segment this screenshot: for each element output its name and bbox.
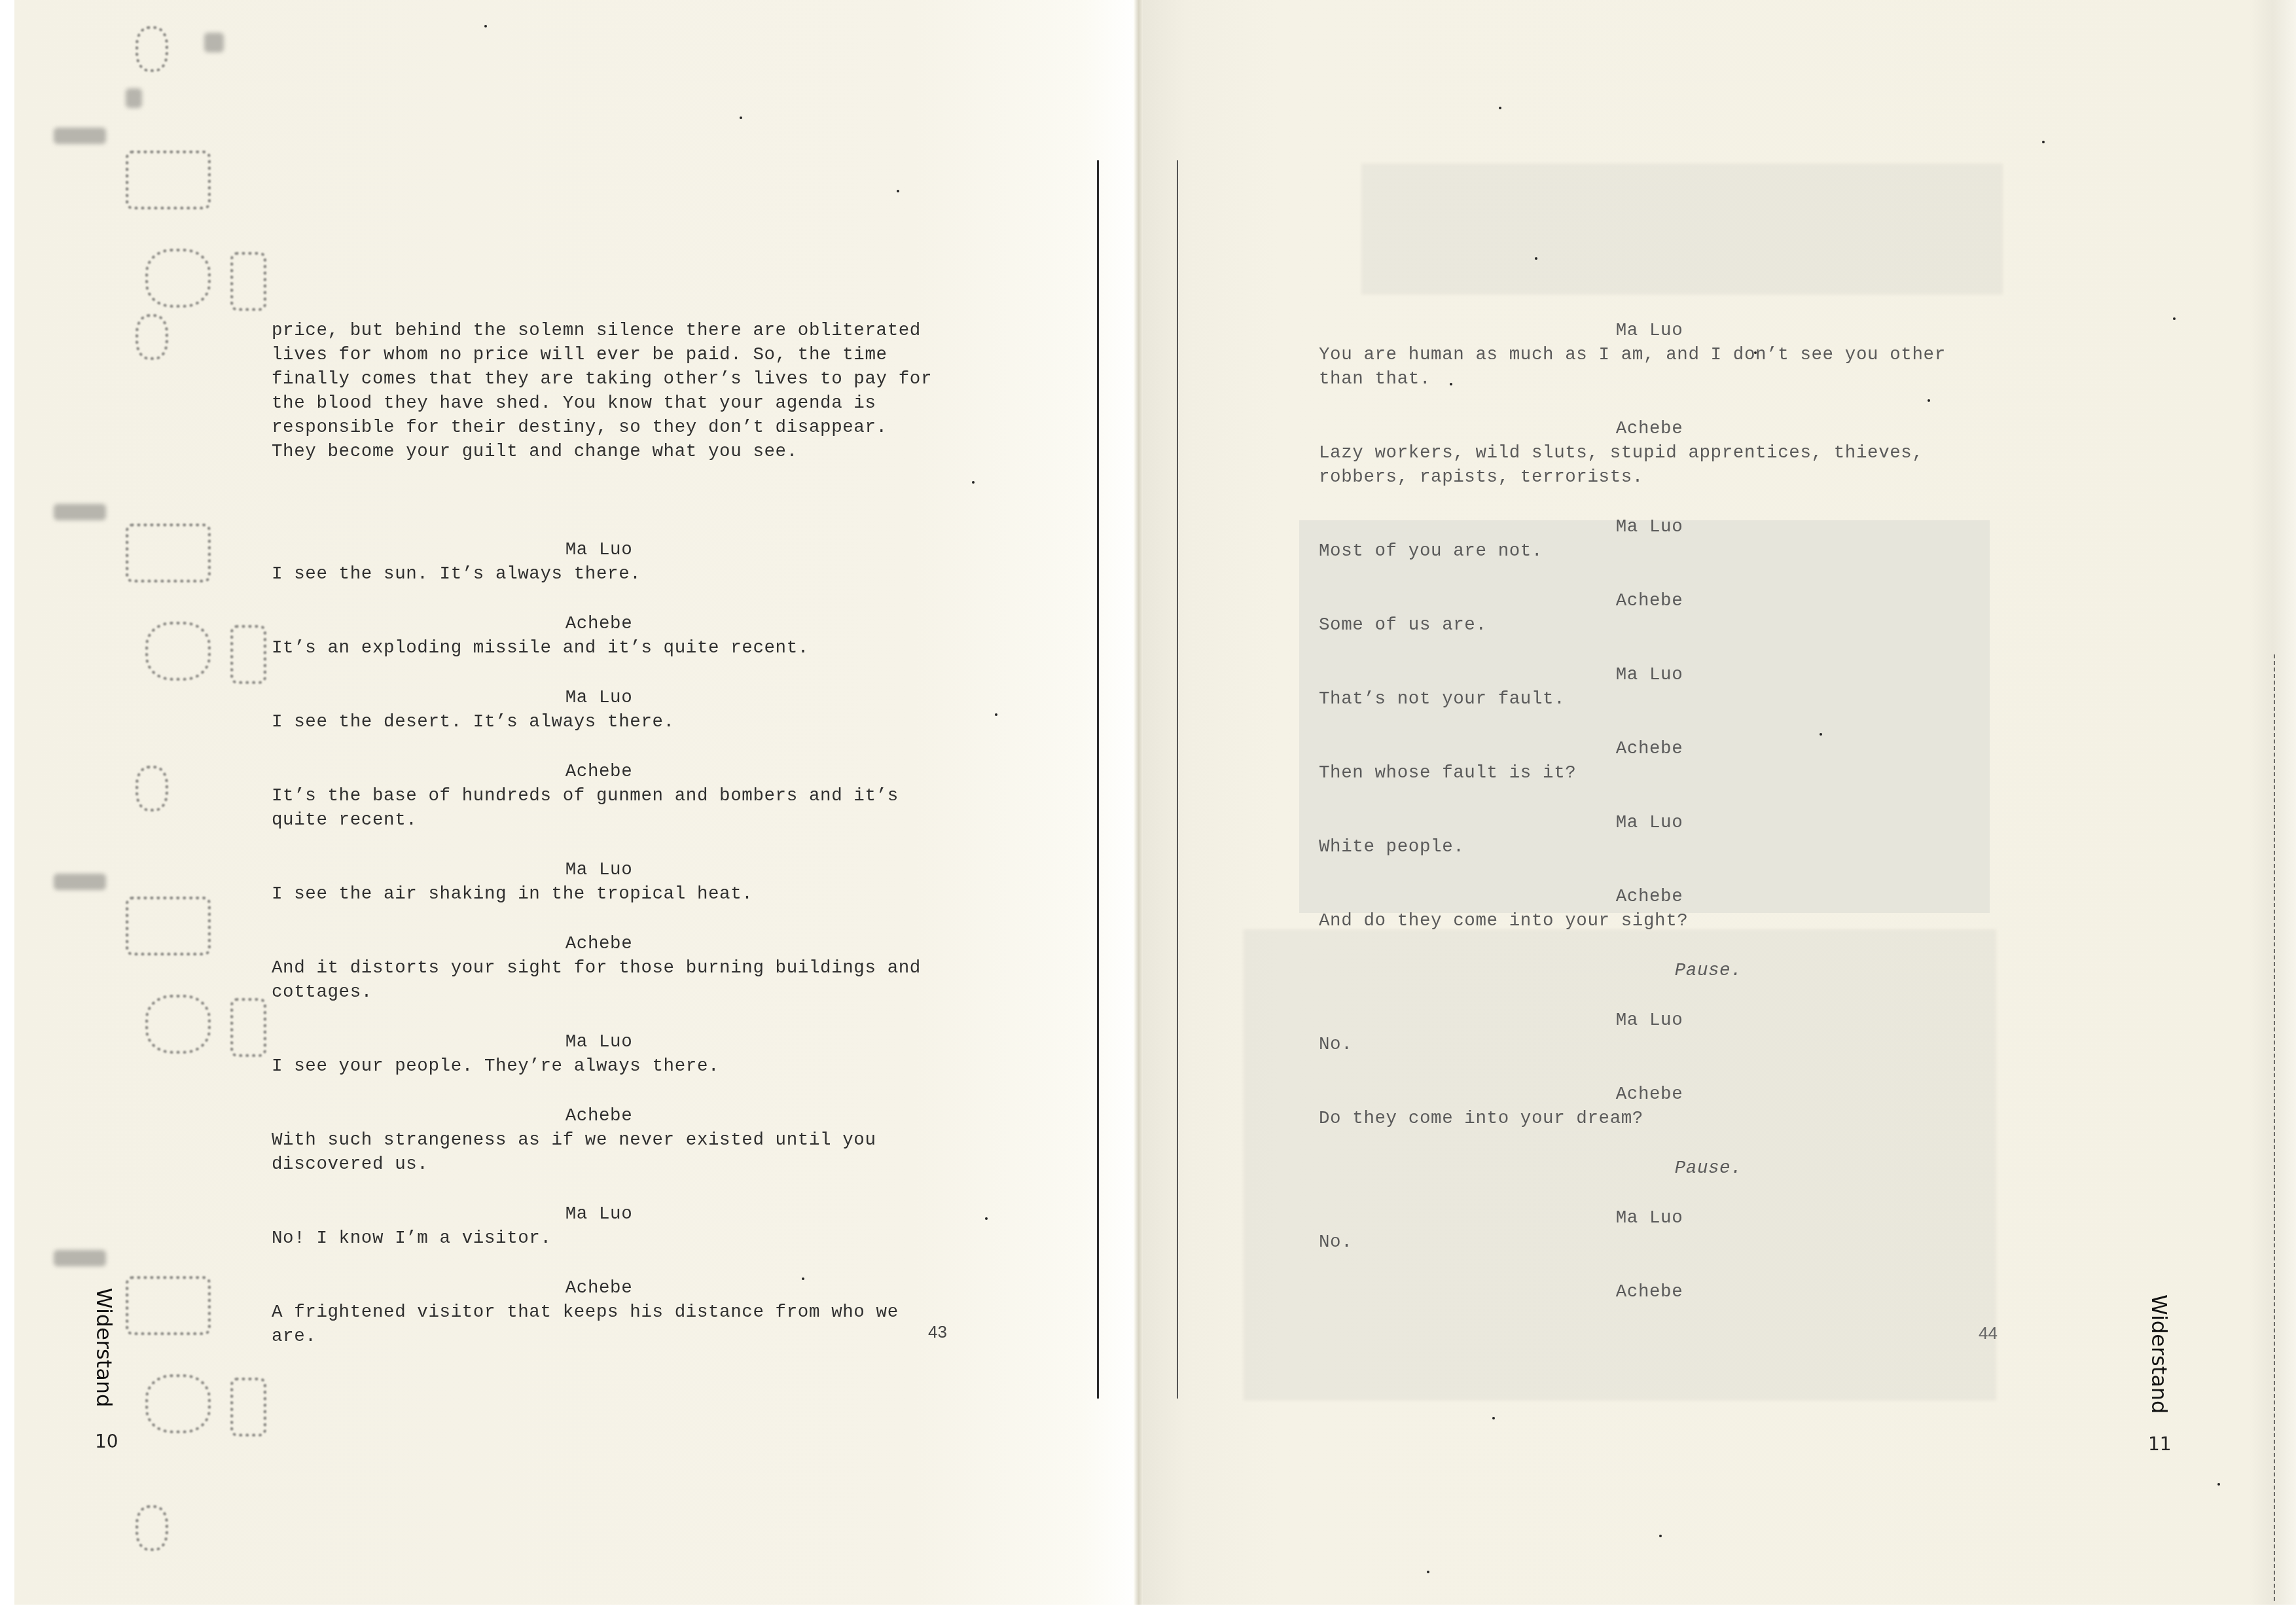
dialogue-line: Then whose fault is it? [1319, 761, 2013, 785]
dialogue-line: It’s the base of hundreds of gunmen and … [272, 784, 965, 832]
speaker-name: Achebe [1319, 737, 1980, 761]
speaker-name: Achebe [1319, 885, 1980, 909]
speaker-name: Ma Luo [272, 1202, 900, 1226]
folio-number: 11 [2148, 1433, 2172, 1455]
stage-direction: Pause. [1319, 1156, 2098, 1181]
dialogue-line: Most of you are not. [1319, 539, 2013, 563]
dialogue-list: Ma LuoI see the sun. It’s always there.A… [272, 538, 985, 1349]
dialogue-line: No! I know I’m a visitor. [272, 1226, 965, 1251]
dialogue-line: It’s an exploding missile and it’s quite… [272, 636, 965, 660]
dialogue-line: I see the desert. It’s always there. [272, 710, 965, 734]
speaker-name: Ma Luo [272, 858, 900, 882]
folio-number: 10 [95, 1431, 118, 1452]
speaker-name: Achebe [272, 612, 900, 636]
journal-title-vertical: Widerstand [2147, 1294, 2172, 1414]
speaker-name: Ma Luo [1319, 515, 1980, 539]
stage-direction: Pause. [1319, 959, 2098, 983]
decorative-stamp-column [14, 0, 263, 1605]
speaker-name: Ma Luo [1319, 1008, 1980, 1033]
speaker-name: Achebe [1319, 1280, 1980, 1304]
dialogue-line: No. [1319, 1033, 2013, 1057]
speaker-name: Ma Luo [1319, 1206, 1980, 1230]
speaker-name: Ma Luo [272, 686, 900, 710]
speaker-name: Achebe [272, 932, 900, 956]
dialogue-line: Lazy workers, wild sluts, stupid apprent… [1319, 441, 2013, 490]
dialogue-line: Some of us are. [1319, 613, 2013, 637]
dialogue-line: And it distorts your sight for those bur… [272, 956, 965, 1005]
left-script-column: price, but behind the solemn silence the… [272, 270, 985, 1373]
script-page-number: 44 [1979, 1323, 1998, 1344]
page-edge [2274, 654, 2275, 1603]
speaker-name: Achebe [1319, 417, 1980, 441]
dialogue-line: No. [1319, 1230, 2013, 1255]
script-page-number: 43 [928, 1322, 947, 1342]
speaker-name: Achebe [1319, 589, 1980, 613]
speaker-name: Achebe [272, 760, 900, 784]
book-spine [1134, 0, 1143, 1605]
continuation-paragraph: price, but behind the solemn silence the… [272, 319, 965, 464]
speaker-name: Achebe [272, 1276, 900, 1300]
dialogue-list: Ma LuoYou are human as much as I am, and… [1319, 319, 2013, 1304]
dialogue-line: I see your people. They’re always there. [272, 1054, 965, 1079]
dialogue-line: A frightened visitor that keeps his dist… [272, 1300, 965, 1349]
speaker-name: Achebe [272, 1104, 900, 1128]
right-script-column: Ma LuoYou are human as much as I am, and… [1319, 270, 2013, 1329]
gutter-rule-right [1177, 160, 1178, 1399]
dialogue-line: I see the air shaking in the tropical he… [272, 882, 965, 906]
dialogue-line: And do they come into your sight? [1319, 909, 2013, 933]
speaker-name: Ma Luo [272, 538, 900, 562]
gutter-rule-left [1097, 160, 1099, 1399]
dialogue-line: You are human as much as I am, and I don… [1319, 343, 2013, 391]
speaker-name: Ma Luo [1319, 663, 1980, 687]
speaker-name: Ma Luo [1319, 811, 1980, 835]
dialogue-line: I see the sun. It’s always there. [272, 562, 965, 586]
speaker-name: Ma Luo [272, 1030, 900, 1054]
dialogue-line: With such strangeness as if we never exi… [272, 1128, 965, 1177]
speaker-name: Achebe [1319, 1082, 1980, 1107]
dialogue-line: White people. [1319, 835, 2013, 859]
dialogue-line: That’s not your fault. [1319, 687, 2013, 711]
dialogue-line: Do they come into your dream? [1319, 1107, 2013, 1131]
speaker-name: Ma Luo [1319, 319, 1980, 343]
journal-title-vertical: Widerstand [92, 1288, 117, 1407]
